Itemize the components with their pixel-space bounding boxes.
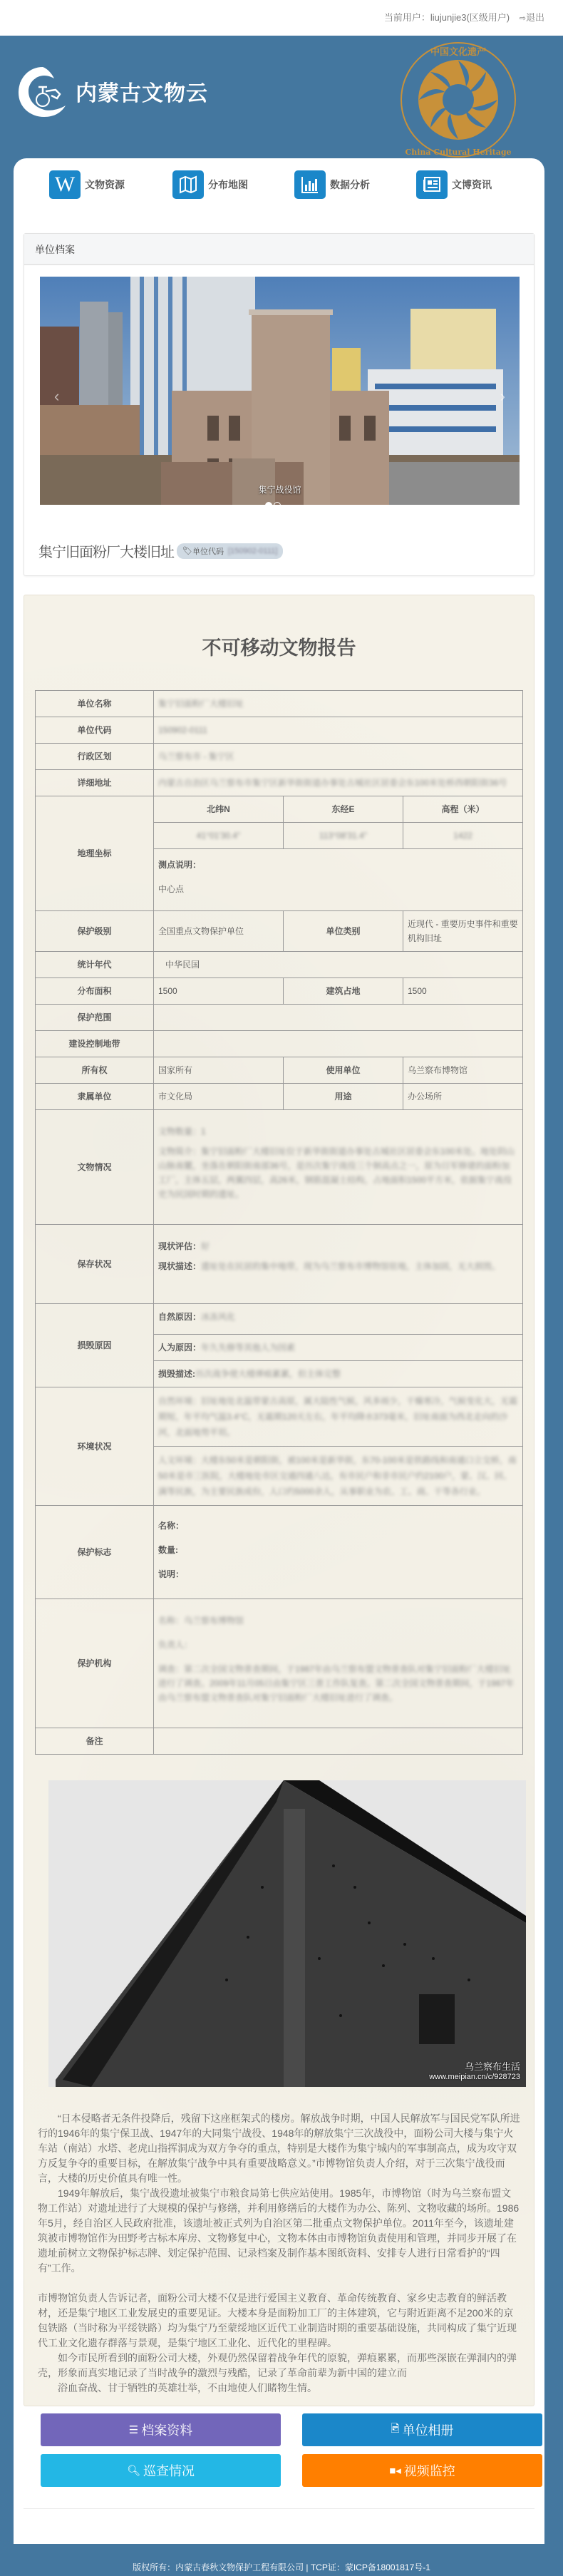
table-row: 环境状况 自然环境：旧址地处北温带蒙古高原，属大陆性气候，风多雨少，干燥寒冷，气… <box>36 1387 523 1447</box>
carousel-caption: 集宁战役馆 <box>40 483 520 496</box>
table-row: 行政区划乌兰察布市 - 集宁区 <box>36 744 523 770</box>
logout-label: 退出 <box>526 12 544 23</box>
bottom-divider <box>24 2508 534 2544</box>
table-row: 保护级别 全国重点文物保护单位 单位类别 近现代 - 重要历史事件和重要机构旧址 <box>36 911 523 952</box>
bullet-scarred-building-image <box>48 1780 526 2087</box>
table-row: 地理坐标 北纬N 东经E 高程（米） <box>36 796 523 823</box>
unit-archive-panel: 单位档案 <box>24 233 534 576</box>
table-row: 保护标志 名称： 数量: 说明： <box>36 1506 523 1599</box>
wikipedia-w-icon: W <box>49 170 81 199</box>
database-icon: ☰ <box>129 2423 138 2436</box>
carousel-prev-icon[interactable]: ‹ <box>54 387 59 406</box>
bar-chart-icon <box>294 170 326 199</box>
table-row: 保护机构 名称：乌兰察布博物馆 负责人： 调查：第二次全国文物普查期间，于198… <box>36 1599 523 1728</box>
table-row: 详细地址内蒙古自治区乌兰察布市集宁区新华街街道办事处古城社区居委会东100米处桥… <box>36 770 523 796</box>
nav-item-distribution-map[interactable]: 分布地图 <box>172 170 294 199</box>
top-user-bar: 当前用户：liujunjie3(区级用户) ⇨退出 <box>0 0 563 36</box>
carousel-dot-1[interactable] <box>265 502 272 505</box>
table-row: 备注 <box>36 1728 523 1755</box>
heritage-report: 不可移动文物报告 单位名称集宁旧面粉厂大楼旧址 单位代码150902-0111 … <box>24 595 534 2406</box>
table-row: 保护范围 <box>36 1005 523 1031</box>
video-camera-icon: ■◂ <box>389 2464 401 2477</box>
map-icon <box>172 170 204 199</box>
user-info: 当前用户：liujunjie3(区级用户) ⇨退出 <box>384 10 544 24</box>
photo-carousel[interactable]: ‹ › 集宁战役馆 <box>40 277 520 505</box>
site-logo[interactable]: 内蒙古文物云 <box>14 63 208 120</box>
table-row: 统计年代中华民国 <box>36 952 523 978</box>
table-row: 单位代码150902-0111 <box>36 717 523 744</box>
chariot-logo-icon <box>14 63 71 120</box>
nav-label: 分布地图 <box>208 178 248 192</box>
nav-label: 数据分析 <box>330 178 370 192</box>
table-row: 隶属单位 市文化局 用途 办公场所 <box>36 1084 523 1110</box>
footer-copyright: 版权所有：内蒙古春秋文物保护工程有限公司 | TCP证：蒙ICP备1800181… <box>0 2561 563 2573</box>
nav-label: 文物资源 <box>85 178 125 192</box>
table-row: 保存状况 现状评估：好 现状描述：遗址处在民居的集中地带，现为乌兰察布市博物馆驻… <box>36 1225 523 1304</box>
action-buttons: ☰档案资料 🖻单位相册 🔍︎巡查情况 ■◂视频监控 <box>41 2413 544 2487</box>
table-row: 单位名称集宁旧面粉厂大楼旧址 <box>36 691 523 717</box>
nav-item-data-analysis[interactable]: 数据分析 <box>294 170 416 199</box>
china-cultural-heritage-seal-icon: 中国文化遗产 China Cultural Heritage <box>398 39 519 160</box>
badge-label: 单位代码 <box>192 545 224 557</box>
table-row: 所有权 国家所有 使用单位 乌兰察布博物馆 <box>36 1057 523 1084</box>
panel-title: 单位档案 <box>24 234 534 265</box>
unit-code-badge: 🏷︎ 单位代码 [150902-0111] <box>177 543 283 559</box>
photo-watermark: 乌兰察布生活 www.meipian.cn/c/928723 <box>429 2059 520 2081</box>
table-row: 分布面积 1500 建筑占地 1500 <box>36 978 523 1005</box>
table-row: 文物情况 文物数量：1 文物简介：集宁旧面粉厂大楼旧址位于新华街街道办事处古城社… <box>36 1110 523 1225</box>
video-monitor-button[interactable]: ■◂视频监控 <box>302 2454 542 2487</box>
carousel-dot-2[interactable] <box>274 502 281 505</box>
unit-album-button[interactable]: 🖻单位相册 <box>302 2413 542 2446</box>
nav-item-cultural-resources[interactable]: W 文物资源 <box>49 170 172 199</box>
site-photo <box>40 277 520 505</box>
building-bw-photo: 乌兰察布生活 www.meipian.cn/c/928723 <box>48 1780 526 2087</box>
carousel-indicators <box>265 502 281 505</box>
tag-icon: 🏷︎ <box>182 546 192 555</box>
unit-name: 集宁旧面粉厂大楼旧址 <box>38 540 174 561</box>
svg-text:China Cultural Heritage: China Cultural Heritage <box>405 148 511 157</box>
table-row: 建设控制地带 <box>36 1031 523 1057</box>
article-text: “日本侵略者无条件投降后，残留下这座框架式的楼房。解放战争时期，中国人民解放军与… <box>35 2087 523 2396</box>
inspection-button[interactable]: 🔍︎巡查情况 <box>41 2454 281 2487</box>
archive-docs-button[interactable]: ☰档案资料 <box>41 2413 281 2446</box>
newspaper-icon <box>416 170 448 199</box>
search-icon: 🔍︎ <box>127 2464 140 2477</box>
page: 当前用户：liujunjie3(区级用户) ⇨退出 内蒙古文物云 <box>0 0 563 2576</box>
current-user-label: 当前用户：liujunjie3(区级用户) <box>384 12 510 23</box>
nav-item-museum-news[interactable]: 文博资讯 <box>416 170 492 199</box>
nav-label: 文博资讯 <box>452 178 492 192</box>
carousel-next-icon[interactable]: › <box>500 387 505 406</box>
logout-icon: ⇨ <box>520 14 526 23</box>
header-banner: 内蒙古文物云 中国文化遗产 China Cultural Heritage <box>0 36 563 152</box>
logout-link[interactable]: ⇨退出 <box>520 12 544 23</box>
report-title: 不可移动文物报告 <box>35 595 523 690</box>
main-nav: W 文物资源 分布地图 数据分析 文博资讯 <box>14 158 544 233</box>
table-row: 损毁原因 自然原因：冰冻风化 <box>36 1304 523 1335</box>
unit-title-row: 集宁旧面粉厂大楼旧址 🏷︎ 单位代码 [150902-0111] <box>38 540 520 561</box>
site-name: 内蒙古文物云 <box>76 76 208 107</box>
report-table: 单位名称集宁旧面粉厂大楼旧址 单位代码150902-0111 行政区划乌兰察布市… <box>35 690 523 1755</box>
svg-text:中国文化遗产: 中国文化遗产 <box>430 46 486 58</box>
main-card: W 文物资源 分布地图 数据分析 文博资讯 <box>14 158 544 2544</box>
image-file-icon: 🖻 <box>391 2421 399 2439</box>
badge-code: [150902-0111] <box>228 547 277 555</box>
